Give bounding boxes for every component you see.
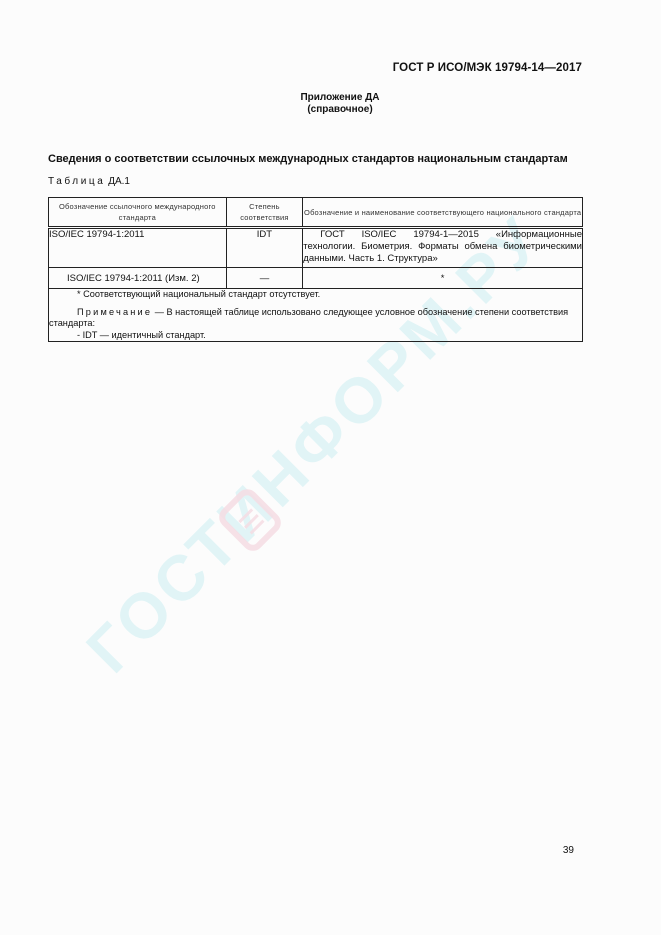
conformity-table: Обозначение ссылочного международного ст… <box>48 197 583 342</box>
cell-international-standard: ISO/IEC 19794-1:2011 <box>49 228 227 268</box>
table-caption-number: ДА.1 <box>108 176 130 187</box>
header-national-standard: Обозначение и наименование соответствующ… <box>303 198 583 228</box>
cell-national-standard: ГОСТ ISO/IEC 19794-1—2015 «Информационны… <box>303 228 583 268</box>
header-degree: Степень соответствия <box>226 198 303 228</box>
cell-degree: IDT <box>226 228 303 268</box>
note: Примечание — В настоящей таблице использ… <box>49 307 582 330</box>
cell-degree: — <box>226 268 303 289</box>
document-logo-icon <box>219 489 281 551</box>
note-item: - IDT — идентичный стандарт. <box>49 330 582 342</box>
annex-title: Приложение ДА <box>0 92 661 104</box>
footnote: * Соответствующий национальный стандарт … <box>49 289 582 301</box>
section-title: Сведения о соответствии ссылочных междун… <box>48 153 568 165</box>
note-label: Примечание <box>77 307 152 317</box>
page-number: 39 <box>563 845 574 856</box>
table-row: ISO/IEC 19794-1:2011 IDT ГОСТ ISO/IEC 19… <box>49 228 583 268</box>
annex-heading: Приложение ДА (справочное) <box>0 92 661 116</box>
annex-subtitle: (справочное) <box>0 104 661 116</box>
table-caption-label: Таблица <box>48 176 105 187</box>
table-caption: Таблица ДА.1 <box>48 176 130 187</box>
watermark: ГОСТИНФОРМ.РУ <box>0 0 661 935</box>
header-international-standard: Обозначение ссылочного международного ст… <box>49 198 227 228</box>
table-row: ISO/IEC 19794-1:2011 (Изм. 2) — * <box>49 268 583 289</box>
cell-national-standard: * <box>303 268 583 289</box>
table-notes: * Соответствующий национальный стандарт … <box>49 289 583 342</box>
cell-international-standard: ISO/IEC 19794-1:2011 (Изм. 2) <box>49 268 227 289</box>
document-code-header: ГОСТ Р ИСО/МЭК 19794-14—2017 <box>393 62 582 74</box>
table-header-row: Обозначение ссылочного международного ст… <box>49 198 583 228</box>
table-notes-row: * Соответствующий национальный стандарт … <box>49 289 583 342</box>
